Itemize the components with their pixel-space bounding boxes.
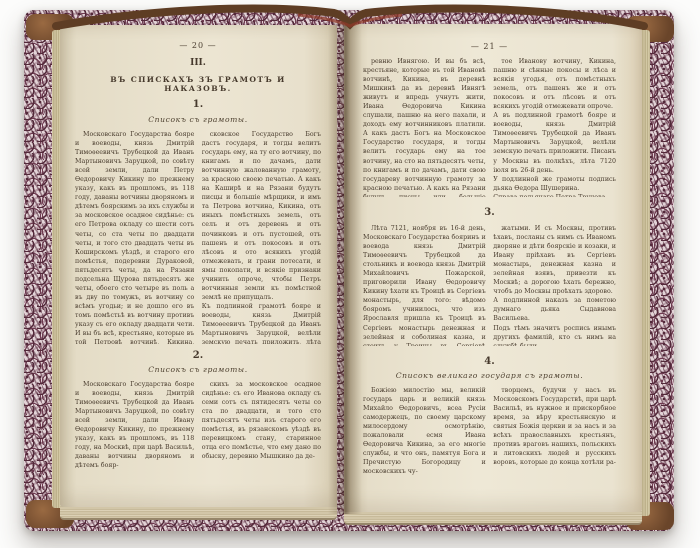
- right-page: — 21 — ревню Ивнягою. И вы бъ всѣ, крест…: [344, 24, 642, 512]
- text-column: жатыми. И съ Москвы, противъ ѣхавъ, посл…: [493, 224, 616, 346]
- section-number: 3.: [363, 207, 616, 218]
- right-page-content: — 21 — ревню Ивнягою. И вы бъ всѣ, крест…: [344, 24, 642, 530]
- section-subtitle: Списокъ съ грамоты.: [75, 365, 321, 374]
- section-text: Московскаго Государства бояре и воеводы,…: [75, 130, 321, 344]
- left-page-content: — 20 — III. ВЪ СПИСКАХЪ ЗЪ ГРАМОТЪ И НАК…: [60, 25, 337, 523]
- page-fore-edge: [641, 30, 650, 516]
- section-text: Московскаго Государства бояре и воеводы,…: [75, 380, 321, 488]
- text-column: творцемъ, будучи у насъ въ Московскомъ Г…: [493, 386, 616, 496]
- text-column: ревню Ивнягою. И вы бъ всѣ, крестьяне, к…: [363, 57, 486, 197]
- section-number: 4.: [363, 356, 616, 367]
- text-column: Лѣта 7121, ноября въ 16-й день, Московск…: [363, 224, 486, 346]
- chapter-number: III.: [75, 58, 321, 68]
- section-text: ревню Ивнягою. И вы бъ всѣ, крестьяне, к…: [363, 57, 616, 197]
- section-subtitle: Списокъ великаго государя съ грамоты.: [363, 371, 616, 380]
- page-number: — 20 —: [75, 41, 321, 50]
- text-column: скихъ за московское осадное сидѣнье: съ …: [202, 380, 321, 488]
- chapter-title: ВЪ СПИСКАХЪ ЗЪ ГРАМОТЪ И НАКАЗОВЪ.: [75, 75, 321, 93]
- text-column: Московскаго Государства бояре и воеводы,…: [75, 130, 194, 344]
- section-number: 2.: [75, 350, 321, 361]
- section-subtitle: Списокъ съ грамоты.: [75, 115, 321, 124]
- text-column: Московскаго Государства бояре и воеводы,…: [75, 380, 194, 488]
- text-column: тое Иванову вотчину, Кикина, пашню и сѣн…: [493, 57, 616, 197]
- text-column: Божіею милостію мы, великій государь цар…: [363, 386, 486, 496]
- section-text: Божіею милостію мы, великій государь цар…: [363, 386, 616, 496]
- section-number: 1.: [75, 99, 321, 110]
- book-photo: — 20 — III. ВЪ СПИСКАХЪ ЗЪ ГРАМОТЪ И НАК…: [0, 0, 700, 548]
- page-number: — 21 —: [363, 42, 616, 51]
- text-column: сковское Государство Богъ дастъ государя…: [202, 130, 321, 344]
- left-page: — 20 — III. ВЪ СПИСКАХЪ ЗЪ ГРАМОТЪ И НАК…: [60, 25, 337, 507]
- section-text: Лѣта 7121, ноября въ 16-й день, Московск…: [363, 224, 616, 346]
